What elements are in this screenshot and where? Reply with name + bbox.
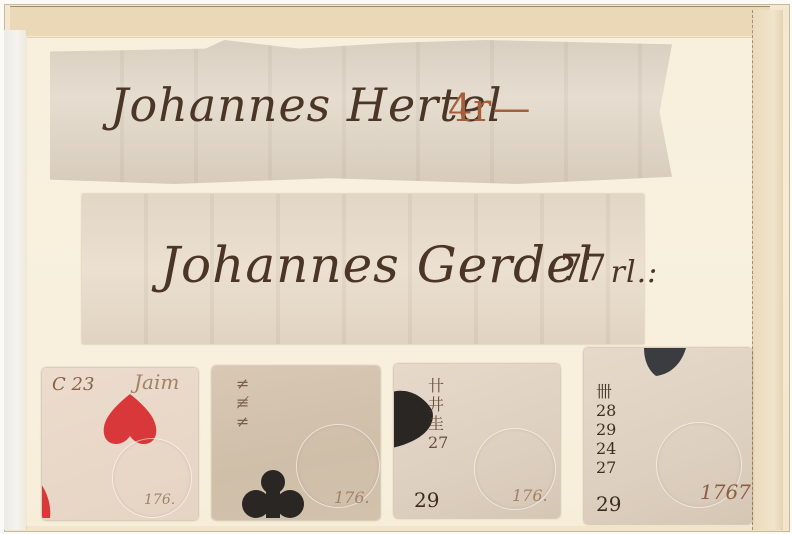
card-tally-marks: ≠ ≢ ≠	[236, 374, 249, 431]
card-number: 29	[414, 488, 439, 512]
label-amount-text: 77	[560, 248, 608, 289]
card-tally-marks: 卄 井 圭 27	[428, 376, 448, 452]
card-fragment-spade: 卄 井 圭 27 29 176.	[394, 364, 560, 518]
card-tally-marks: 卌 28 29 24 27	[596, 382, 616, 477]
top-paper-band	[10, 6, 770, 38]
card-corner-note: C 23	[52, 374, 94, 395]
card-year-note: 176.	[144, 492, 175, 508]
card-number: 29	[596, 492, 621, 516]
card-fragment-heart: C 23 Jaim 176.	[42, 368, 198, 520]
card-year-note: 1767	[700, 480, 751, 504]
card-fragment-tally: 卌 28 29 24 27 29 1767	[584, 348, 752, 524]
right-paper-border	[752, 10, 783, 530]
ink-blot-icon	[644, 348, 686, 378]
heart-icon	[42, 468, 68, 518]
label-name-text: Johannes Hertel	[110, 78, 503, 132]
card-year-note: 176.	[512, 486, 548, 505]
card-year-note: 176.	[334, 488, 370, 507]
left-tape-strip	[4, 30, 27, 530]
card-fragment-club: ≠ ≢ ≠ 176.	[212, 366, 380, 520]
label-amount-text: 4r—	[448, 86, 531, 130]
